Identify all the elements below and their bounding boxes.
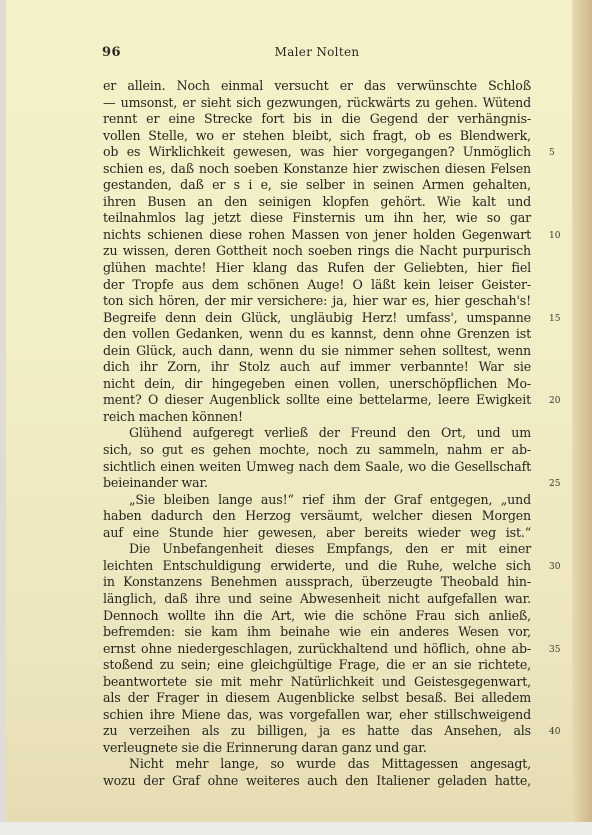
text-line: ton sich hören, der mir versichere: ja, … [103,293,531,310]
text-line: in Konstanzens Benehmen aussprach, überz… [103,574,531,591]
text-line: nicht dein, dir hingegeben einen vollen,… [103,376,531,393]
text-line: Nicht mehr lange, so wurde das Mittagess… [103,756,531,773]
text-line: als der Frager in diesem Augenblicke sel… [103,690,531,707]
text-line: nichts schienen diese rohen Massen von j… [103,227,531,244]
text-line: sich, so gut es gehen mochte, noch zu sa… [103,442,531,459]
line-number: 30 [549,559,560,576]
running-title: Maler Nolten [102,45,532,59]
text-line: beantwortete sie mit mehr Natürlichkeit … [103,674,531,691]
text-line: rennt er eine Strecke fort bis in die Ge… [103,111,531,128]
text-line: wozu der Graf ohne weiteres auch den Ita… [103,773,531,790]
binding-gutter [572,0,592,822]
text-line: ob es Wirklichkeit gewesen, was hier vor… [103,144,531,161]
text-line: dein Glück, auch dann, wenn du sie nimme… [103,343,531,360]
line-number: 35 [549,642,560,659]
text-line: beieinander war. [103,475,531,492]
text-line: der Tropfe aus dem schönen Auge! O läßt … [103,277,531,294]
text-line: auf eine Stunde hier gewesen, aber berei… [103,525,531,542]
text-line: zu wissen, deren Gottheit noch soeben ri… [103,243,531,260]
text-line: ernst ohne niedergeschlagen, zurückhalte… [103,641,531,658]
text-line: leichten Entschuldigung erwiderte, und d… [103,558,531,575]
text-line: länglich, daß ihre und seine Abwesenheit… [103,591,531,608]
line-number: 40 [549,724,560,741]
text-line: „Sie bleiben lange aus!“ rief ihm der Gr… [103,492,531,509]
text-line: ihren Busen an den seinigen klopfen gehö… [103,194,531,211]
text-line: dich ihr Zorn, ihr Stolz auch auf immer … [103,359,531,376]
text-line: reich machen können! [103,409,531,426]
scan-bottom-edge [0,822,592,835]
text-line: den vollen Gedanken, wenn du es kannst, … [103,326,531,343]
text-line: teilnahmlos lag jetzt diese Finsternis u… [103,210,531,227]
text-line: stoßend zu sein; eine gleichgültige Frag… [103,657,531,674]
text-line: Begreife denn dein Glück, ungläubig Herz… [103,310,531,327]
text-line: befremden: sie kam ihm beinahe wie ein a… [103,624,531,641]
text-line: Glühend aufgeregt verließ der Freund den… [103,425,531,442]
text-line: verleugnete sie die Erinnerung daran gan… [103,740,531,757]
line-number: 10 [549,228,560,245]
text-line: sichtlich einen weiten Umweg nach dem Sa… [103,459,531,476]
text-line: Die Unbefangenheit dieses Empfangs, den … [103,541,531,558]
text-line: zu verzeihen als zu billigen, ja es hatt… [103,723,531,740]
line-number: 25 [549,476,560,493]
text-line: vollen Stelle, wo er stehen bleibt, sich… [103,128,531,145]
text-line: — umsonst, er sieht sich gezwungen, rück… [103,95,531,112]
text-line: Dennoch wollte ihn die Art, wie die schö… [103,608,531,625]
line-number: 5 [549,145,555,162]
text-line: glühen machte! Hier klang das Rufen der … [103,260,531,277]
text-line: er allein. Noch einmal versucht er das v… [103,78,531,95]
body-text: er allein. Noch einmal versucht er das v… [103,78,531,790]
line-number: 20 [549,393,560,410]
text-line: ment? O dieser Augenblick sollte eine be… [103,392,531,409]
text-line: schien es, daß noch soeben Konstanze hie… [103,161,531,178]
line-number: 15 [549,311,560,328]
text-line: schien ihre Miene das, was vorgefallen w… [103,707,531,724]
text-line: haben dadurch den Herzog versäumt, welch… [103,508,531,525]
page-header: 96 Maler Nolten [102,45,532,65]
text-line: gestanden, daß er s i e, sie selber in s… [103,177,531,194]
